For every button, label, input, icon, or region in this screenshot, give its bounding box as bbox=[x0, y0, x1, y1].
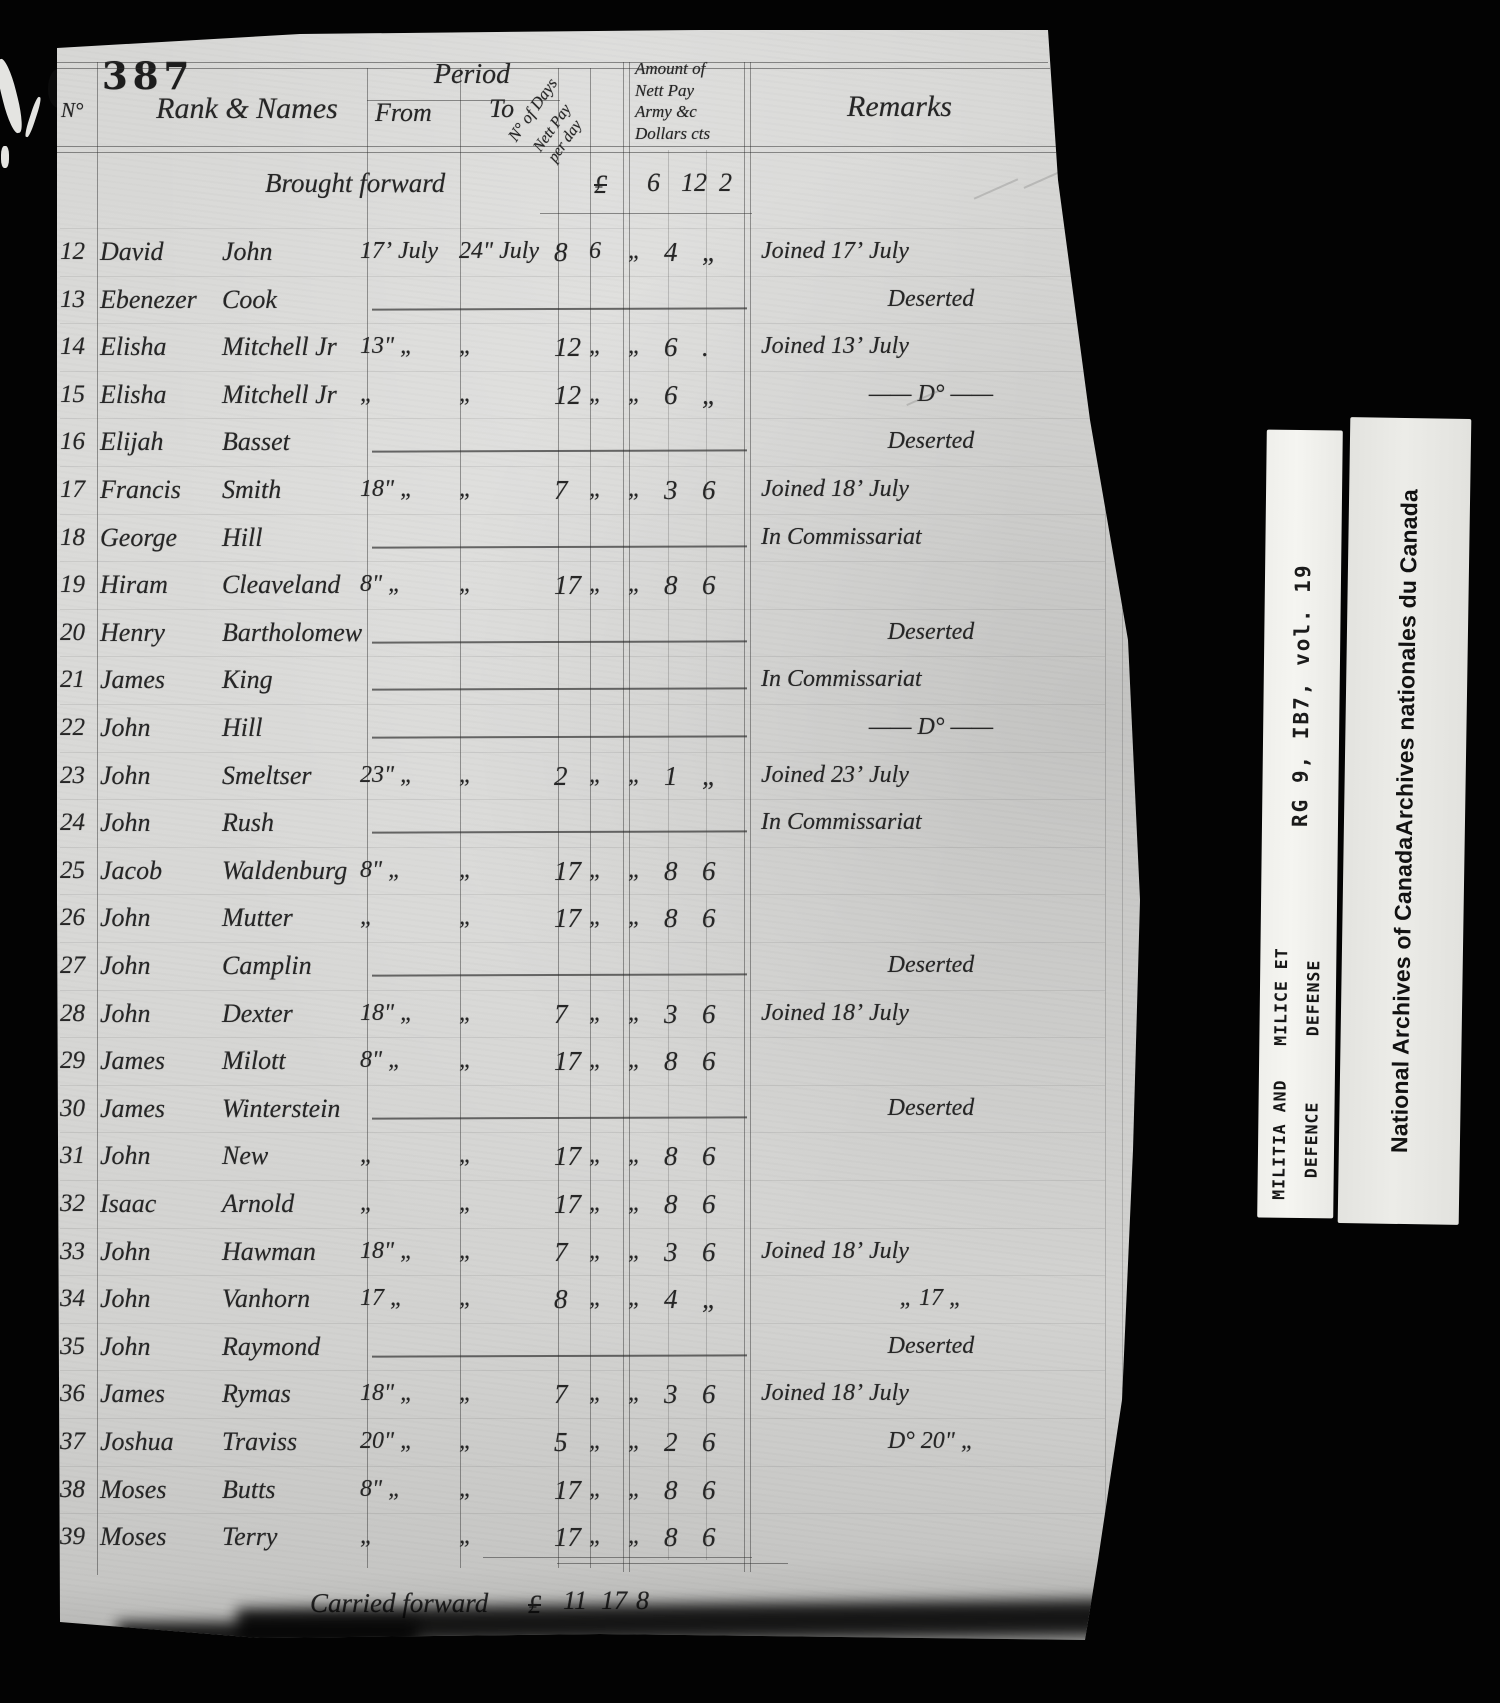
amount-pounds: „ bbox=[628, 1477, 641, 1501]
days-count: 17 bbox=[554, 1524, 581, 1551]
amount-shillings: 2 bbox=[664, 1429, 678, 1456]
row-number: 28 bbox=[60, 1001, 85, 1026]
blank-entry-dash bbox=[372, 831, 747, 834]
remark: Deserted bbox=[755, 620, 1107, 644]
soldier-first-name: George bbox=[100, 525, 177, 551]
soldier-last-name: Butts bbox=[222, 1477, 275, 1503]
archive-reference-strip: RG 9, IB7, vol. 19 MILITIA AND DEFENCE M… bbox=[1257, 430, 1343, 1219]
period-to: „ bbox=[459, 763, 472, 787]
column-header-rank-names: Rank & Names bbox=[127, 94, 367, 124]
remark: Joined 18ʼ July bbox=[755, 477, 1113, 501]
soldier-first-name: John bbox=[100, 905, 151, 931]
amount-pence: 6 bbox=[702, 1191, 716, 1218]
pay-rate: 6 bbox=[589, 239, 601, 263]
soldier-first-name: David bbox=[100, 239, 164, 265]
days-count: 7 bbox=[554, 1239, 568, 1266]
soldier-first-name: Elijah bbox=[100, 429, 164, 455]
amount-pounds: „ bbox=[628, 858, 641, 882]
ledger-row: 24JohnRushIn Commissariat bbox=[57, 804, 1142, 852]
row-number: 24 bbox=[60, 810, 85, 835]
row-number: 32 bbox=[60, 1191, 85, 1216]
blank-entry-dash bbox=[372, 1354, 747, 1357]
ledger-row: 25JacobWaldenburg8ʺ „„17„„86 bbox=[57, 852, 1142, 900]
period-from: 18ʺ „ bbox=[360, 1381, 413, 1405]
soldier-first-name: John bbox=[100, 1286, 151, 1312]
period-to: „ bbox=[459, 1001, 472, 1025]
row-number: 39 bbox=[60, 1524, 85, 1549]
days-count: 5 bbox=[554, 1429, 568, 1456]
amount-pence: „ bbox=[702, 763, 717, 790]
amount-shillings: 8 bbox=[664, 1048, 678, 1075]
period-to: „ bbox=[459, 1048, 472, 1072]
row-number: 25 bbox=[60, 858, 85, 883]
soldier-last-name: John bbox=[222, 239, 273, 265]
period-from: 8ʺ „ bbox=[360, 1477, 401, 1501]
period-from: „ bbox=[360, 382, 373, 406]
period-from: 18ʺ „ bbox=[360, 1001, 413, 1025]
ledger-row: 18GeorgeHillIn Commissariat bbox=[57, 519, 1142, 567]
period-to: „ bbox=[459, 1286, 472, 1310]
pay-rate: „ bbox=[589, 1239, 602, 1263]
soldier-last-name: Hill bbox=[222, 525, 262, 551]
brought-forward-pounds: 6 bbox=[647, 170, 660, 196]
pay-rate: „ bbox=[589, 334, 602, 358]
amount-pence: 6 bbox=[702, 1239, 716, 1266]
ledger-row: 17FrancisSmith18ʺ „„7„„36Joined 18ʼ July bbox=[57, 471, 1142, 519]
period-to: „ bbox=[459, 1429, 472, 1453]
soldier-last-name: New bbox=[222, 1143, 268, 1169]
soldier-last-name: Arnold bbox=[222, 1191, 294, 1217]
days-count: 7 bbox=[554, 1381, 568, 1408]
amount-shillings: 3 bbox=[664, 1381, 678, 1408]
amount-shillings: 3 bbox=[664, 1239, 678, 1266]
soldier-first-name: Hiram bbox=[100, 572, 168, 598]
amount-shillings: 4 bbox=[664, 239, 678, 266]
row-number: 37 bbox=[60, 1429, 85, 1454]
remark: Joined 23ʼ July bbox=[755, 763, 1113, 787]
soldier-last-name: Smith bbox=[222, 477, 281, 503]
soldier-first-name: James bbox=[100, 1048, 165, 1074]
soldier-last-name: Vanhorn bbox=[222, 1286, 310, 1312]
amount-shillings: 8 bbox=[664, 858, 678, 885]
remark: Joined 18ʼ July bbox=[755, 1381, 1113, 1405]
remark: Deserted bbox=[755, 1096, 1107, 1120]
soldier-last-name: Mutter bbox=[222, 905, 293, 931]
row-number: 27 bbox=[60, 953, 85, 978]
amount-shillings: 3 bbox=[664, 477, 678, 504]
row-number: 38 bbox=[60, 1477, 85, 1502]
row-number: 26 bbox=[60, 905, 85, 930]
ledger-row: 31JohnNew„„17„„86 bbox=[57, 1137, 1142, 1185]
ledger-row: 27JohnCamplinDeserted bbox=[57, 947, 1142, 995]
period-to: „ bbox=[459, 1381, 472, 1405]
ledger-row: 13EbenezerCookDeserted bbox=[57, 281, 1142, 329]
soldier-first-name: Elisha bbox=[100, 334, 166, 360]
remark: —— D° —— bbox=[755, 715, 1107, 739]
column-header-to: To bbox=[489, 96, 514, 122]
ledger-row: 22JohnHill—— D° —— bbox=[57, 709, 1142, 757]
ledger-row: 29JamesMilott8ʺ „„17„„86 bbox=[57, 1042, 1142, 1090]
soldier-first-name: John bbox=[100, 1143, 151, 1169]
ledger-row: 14ElishaMitchell Jr13ʺ „„12„„6.Joined 13… bbox=[57, 328, 1142, 376]
amount-pence: 6 bbox=[702, 1001, 716, 1028]
page-curl-shadow bbox=[117, 1622, 417, 1648]
amount-pounds: „ bbox=[628, 334, 641, 358]
institution-strip: National Archives of Canada Archives nat… bbox=[1338, 417, 1472, 1225]
manuscript-page: 387 N° Rank & Names Period From To N° of… bbox=[57, 28, 1142, 1645]
pay-rate: „ bbox=[589, 1524, 602, 1548]
row-number: 36 bbox=[60, 1381, 85, 1406]
ledger-row: 20HenryBartholomewDeserted bbox=[57, 614, 1142, 662]
row-number: 12 bbox=[60, 239, 85, 264]
period-from: 17ʼ July bbox=[360, 239, 438, 263]
row-number: 34 bbox=[60, 1286, 85, 1311]
days-count: 17 bbox=[554, 1048, 581, 1075]
amount-pounds: „ bbox=[628, 1001, 641, 1025]
pay-rate: „ bbox=[589, 1286, 602, 1310]
soldier-first-name: Francis bbox=[100, 477, 181, 503]
ledger-row: 19HiramCleaveland8ʺ „„17„„86 bbox=[57, 566, 1142, 614]
period-to: „ bbox=[459, 477, 472, 501]
soldier-last-name: Cleaveland bbox=[222, 572, 340, 598]
soldier-last-name: Dexter bbox=[222, 1001, 293, 1027]
period-to: 24ʺ July bbox=[459, 239, 539, 263]
days-count: 12 bbox=[554, 382, 581, 409]
soldier-last-name: Winterstein bbox=[222, 1096, 340, 1122]
period-to: „ bbox=[459, 334, 472, 358]
soldier-last-name: Milott bbox=[222, 1048, 286, 1074]
amount-pounds: „ bbox=[628, 1239, 641, 1263]
soldier-last-name: Camplin bbox=[222, 953, 312, 979]
amount-shillings: 8 bbox=[664, 572, 678, 599]
pay-rate: „ bbox=[589, 1429, 602, 1453]
period-to: „ bbox=[459, 1477, 472, 1501]
amount-shillings: 6 bbox=[664, 334, 678, 361]
table-line bbox=[540, 213, 752, 214]
row-number: 29 bbox=[60, 1048, 85, 1073]
soldier-last-name: Mitchell Jr bbox=[222, 382, 337, 408]
ledger-row: 39MosesTerry„„17„„86 bbox=[57, 1518, 1142, 1566]
brought-forward-pence: 2 bbox=[719, 170, 732, 196]
remark: In Commissariat bbox=[755, 810, 1113, 834]
amount-pounds: „ bbox=[628, 1524, 641, 1548]
soldier-last-name: Mitchell Jr bbox=[222, 334, 337, 360]
blank-entry-dash bbox=[372, 450, 747, 453]
amount-pence: „ bbox=[702, 382, 717, 409]
days-count: 17 bbox=[554, 1477, 581, 1504]
pay-rate: „ bbox=[589, 1048, 602, 1072]
amount-pence: 6 bbox=[702, 1524, 716, 1551]
remark: Deserted bbox=[755, 287, 1107, 311]
soldier-first-name: John bbox=[100, 810, 151, 836]
amount-pounds: „ bbox=[628, 1048, 641, 1072]
amount-shillings: 8 bbox=[664, 1477, 678, 1504]
ledger-row: 26JohnMutter„„17„„86 bbox=[57, 899, 1142, 947]
row-number: 30 bbox=[60, 1096, 85, 1121]
row-number: 15 bbox=[60, 382, 85, 407]
amount-shillings: 1 bbox=[664, 763, 678, 790]
pencil-smudge bbox=[974, 178, 1019, 199]
period-to: „ bbox=[459, 1143, 472, 1167]
remark: D° 20ʺ „ bbox=[755, 1429, 1107, 1453]
ledger-row: 30JamesWintersteinDeserted bbox=[57, 1090, 1142, 1138]
remark: Joined 13ʼ July bbox=[755, 334, 1113, 358]
ledger-row: 23JohnSmeltser23ʺ „„2„„1„Joined 23ʼ July bbox=[57, 757, 1142, 805]
period-to: „ bbox=[459, 1191, 472, 1215]
soldier-last-name: King bbox=[222, 667, 273, 693]
remark: Joined 17ʼ July bbox=[755, 239, 1113, 263]
remark: In Commissariat bbox=[755, 667, 1113, 691]
ledger-row: 34JohnVanhorn17 „„8„„4„„ 17 „ bbox=[57, 1280, 1142, 1328]
pay-rate: „ bbox=[589, 1191, 602, 1215]
blank-entry-dash bbox=[372, 307, 747, 310]
days-count: 17 bbox=[554, 572, 581, 599]
amount-pounds: „ bbox=[628, 239, 641, 263]
period-to: „ bbox=[459, 905, 472, 929]
amount-pence: 6 bbox=[702, 1381, 716, 1408]
soldier-last-name: Bartholomew bbox=[222, 620, 362, 646]
row-number: 21 bbox=[60, 667, 85, 692]
period-to: „ bbox=[459, 858, 472, 882]
soldier-first-name: John bbox=[100, 715, 151, 741]
pay-rate: „ bbox=[589, 477, 602, 501]
soldier-first-name: John bbox=[100, 1239, 151, 1265]
pencil-smudge bbox=[1023, 169, 1064, 189]
period-to: „ bbox=[459, 382, 472, 406]
row-number: 33 bbox=[60, 1239, 85, 1264]
soldier-first-name: John bbox=[100, 763, 151, 789]
table-line bbox=[57, 152, 1105, 153]
days-count: 12 bbox=[554, 334, 581, 361]
soldier-first-name: Jacob bbox=[100, 858, 162, 884]
soldier-first-name: John bbox=[100, 1001, 151, 1027]
period-from: 8ʺ „ bbox=[360, 1048, 401, 1072]
archive-reference-label: RG 9, IB7, vol. 19 bbox=[1261, 470, 1342, 921]
period-from: 8ʺ „ bbox=[360, 858, 401, 882]
row-number: 19 bbox=[60, 572, 85, 597]
amount-pounds: „ bbox=[628, 1143, 641, 1167]
amount-pounds: „ bbox=[628, 1191, 641, 1215]
days-count: 8 bbox=[554, 1286, 568, 1313]
period-from: 23ʺ „ bbox=[360, 763, 413, 787]
period-from: „ bbox=[360, 1191, 373, 1215]
period-from: 18ʺ „ bbox=[360, 1239, 413, 1263]
soldier-first-name: James bbox=[100, 1096, 165, 1122]
blank-entry-dash bbox=[372, 688, 747, 691]
ledger-row: 16ElijahBassetDeserted bbox=[57, 423, 1142, 471]
amount-shillings: 6 bbox=[664, 382, 678, 409]
soldier-last-name: Traviss bbox=[222, 1429, 297, 1455]
period-from: „ bbox=[360, 1524, 373, 1548]
row-number: 18 bbox=[60, 525, 85, 550]
column-header-no: N° bbox=[61, 100, 83, 121]
table-line bbox=[57, 146, 1100, 147]
period-to: „ bbox=[459, 572, 472, 596]
ledger-row: 28JohnDexter18ʺ „„7„„36Joined 18ʼ July bbox=[57, 995, 1142, 1043]
amount-pounds: „ bbox=[628, 1429, 641, 1453]
row-number: 23 bbox=[60, 763, 85, 788]
scan-speck bbox=[0, 57, 26, 134]
blank-entry-dash bbox=[372, 545, 747, 548]
days-count: 17 bbox=[554, 1143, 581, 1170]
pay-rate: „ bbox=[589, 858, 602, 882]
amount-pounds: „ bbox=[628, 477, 641, 501]
row-number: 35 bbox=[60, 1334, 85, 1359]
ledger-row: 21JamesKingIn Commissariat bbox=[57, 661, 1142, 709]
blank-entry-dash bbox=[372, 973, 747, 976]
soldier-first-name: John bbox=[100, 1334, 151, 1360]
row-number: 16 bbox=[60, 429, 85, 454]
pay-rate: „ bbox=[589, 382, 602, 406]
soldier-first-name: James bbox=[100, 1381, 165, 1407]
amount-pence: 6 bbox=[702, 477, 716, 504]
ledger-row: 12DavidJohn17ʼ July24ʺ July86„4„Joined 1… bbox=[57, 233, 1142, 281]
soldier-last-name: Rymas bbox=[222, 1381, 291, 1407]
days-count: 2 bbox=[554, 763, 568, 790]
amount-pounds: „ bbox=[628, 763, 641, 787]
amount-pounds: „ bbox=[628, 572, 641, 596]
blank-entry-dash bbox=[372, 640, 747, 643]
amount-pence: 6 bbox=[702, 905, 716, 932]
soldier-first-name: Joshua bbox=[100, 1429, 174, 1455]
column-header-amount: Amount of Nett Pay Army &c Dollars cts bbox=[635, 58, 749, 144]
soldier-last-name: Raymond bbox=[222, 1334, 320, 1360]
soldier-last-name: Hill bbox=[222, 715, 262, 741]
remark: Joined 18ʼ July bbox=[755, 1001, 1113, 1025]
amount-pence: . bbox=[702, 334, 709, 361]
remark: Joined 18ʼ July bbox=[755, 1239, 1113, 1263]
amount-pence: 6 bbox=[702, 572, 716, 599]
pay-rate: „ bbox=[589, 1381, 602, 1405]
soldier-last-name: Hawman bbox=[222, 1239, 316, 1265]
period-from: 17 „ bbox=[360, 1286, 403, 1310]
scan-speck bbox=[24, 96, 43, 138]
amount-shillings: 3 bbox=[664, 1001, 678, 1028]
amount-shillings: 8 bbox=[664, 1524, 678, 1551]
pay-rate: „ bbox=[589, 905, 602, 929]
soldier-first-name: Henry bbox=[100, 620, 165, 646]
ledger-row: 32IsaacArnold„„17„„86 bbox=[57, 1185, 1142, 1233]
period-from: „ bbox=[360, 1143, 373, 1167]
days-count: 7 bbox=[554, 477, 568, 504]
pay-rate: „ bbox=[589, 763, 602, 787]
scanned-document: 387 N° Rank & Names Period From To N° of… bbox=[0, 0, 1500, 1703]
soldier-first-name: James bbox=[100, 667, 165, 693]
ledger-row: 35JohnRaymondDeserted bbox=[57, 1328, 1142, 1376]
ledger-row: 37JoshuaTraviss20ʺ „„5„„26D° 20ʺ „ bbox=[57, 1423, 1142, 1471]
amount-pence: 6 bbox=[702, 1143, 716, 1170]
pay-rate: „ bbox=[589, 1477, 602, 1501]
amount-pounds: „ bbox=[628, 1381, 641, 1405]
row-number: 13 bbox=[60, 287, 85, 312]
days-count: 8 bbox=[554, 239, 568, 266]
soldier-first-name: John bbox=[100, 953, 151, 979]
days-count: 17 bbox=[554, 858, 581, 885]
soldier-first-name: Elisha bbox=[100, 382, 166, 408]
soldier-last-name: Smeltser bbox=[222, 763, 312, 789]
period-from: 8ʺ „ bbox=[360, 572, 401, 596]
days-count: 17 bbox=[554, 1191, 581, 1218]
soldier-last-name: Basset bbox=[222, 429, 290, 455]
soldier-last-name: Waldenburg bbox=[222, 858, 347, 884]
pay-rate: „ bbox=[589, 1143, 602, 1167]
ledger-row: 36JamesRymas18ʺ „„7„„36Joined 18ʼ July bbox=[57, 1375, 1142, 1423]
days-count: 7 bbox=[554, 1001, 568, 1028]
amount-pence: 6 bbox=[702, 858, 716, 885]
row-number: 22 bbox=[60, 715, 85, 740]
period-from: 18ʺ „ bbox=[360, 477, 413, 501]
amount-shillings: 8 bbox=[664, 905, 678, 932]
soldier-first-name: Moses bbox=[100, 1524, 166, 1550]
remark: In Commissariat bbox=[755, 525, 1113, 549]
amount-shillings: 8 bbox=[664, 1191, 678, 1218]
period-to: „ bbox=[459, 1524, 472, 1548]
scan-speck bbox=[1, 146, 9, 168]
amount-pence: 6 bbox=[702, 1048, 716, 1075]
period-from: 20ʺ „ bbox=[360, 1429, 413, 1453]
amount-pence: 6 bbox=[702, 1429, 716, 1456]
row-number: 20 bbox=[60, 620, 85, 645]
ledger-row: 38MosesButts8ʺ „„17„„86 bbox=[57, 1471, 1142, 1519]
amount-pence: „ bbox=[702, 239, 717, 266]
amount-shillings: 8 bbox=[664, 1143, 678, 1170]
period-from: 13ʺ „ bbox=[360, 334, 413, 358]
soldier-last-name: Cook bbox=[222, 287, 277, 313]
days-count: 17 bbox=[554, 905, 581, 932]
row-number: 31 bbox=[60, 1143, 85, 1168]
column-header-from: From bbox=[375, 100, 432, 126]
amount-shillings: 4 bbox=[664, 1286, 678, 1313]
page-number: 387 bbox=[102, 58, 194, 95]
faint-ruling bbox=[60, 228, 1105, 229]
amount-pounds: „ bbox=[628, 905, 641, 929]
amount-pence: 6 bbox=[702, 1477, 716, 1504]
blank-entry-dash bbox=[372, 735, 747, 738]
soldier-first-name: Ebenezer bbox=[100, 287, 197, 313]
row-number: 17 bbox=[60, 477, 85, 502]
remark: „ 17 „ bbox=[755, 1286, 1107, 1310]
column-header-remarks: Remarks bbox=[847, 92, 952, 122]
blank-entry-dash bbox=[372, 1116, 747, 1119]
soldier-first-name: Moses bbox=[100, 1477, 166, 1503]
remark: Deserted bbox=[755, 429, 1107, 453]
amount-pence: „ bbox=[702, 1286, 717, 1313]
soldier-first-name: Isaac bbox=[100, 1191, 156, 1217]
ledger-row: 33JohnHawman18ʺ „„7„„36Joined 18ʼ July bbox=[57, 1233, 1142, 1281]
remark: Deserted bbox=[755, 953, 1107, 977]
collection-title-label: MILITIA AND DEFENCE MILICE ET DEFENSE bbox=[1257, 930, 1336, 1216]
period-from: „ bbox=[360, 905, 373, 929]
remark: Deserted bbox=[755, 1334, 1107, 1358]
brought-forward-currency: ₤ bbox=[594, 172, 607, 198]
ledger-row: 15ElishaMitchell Jr„„12„„6„—— D° —— bbox=[57, 376, 1142, 424]
row-number: 14 bbox=[60, 334, 85, 359]
institution-label: National Archives of Canada Archives nat… bbox=[1338, 417, 1472, 1225]
period-to: „ bbox=[459, 1239, 472, 1263]
pay-rate: „ bbox=[589, 1001, 602, 1025]
soldier-last-name: Rush bbox=[222, 810, 274, 836]
brought-forward-shillings: 12 bbox=[681, 170, 707, 196]
amount-pounds: „ bbox=[628, 382, 641, 406]
pay-rate: „ bbox=[589, 572, 602, 596]
brought-forward-label: Brought forward bbox=[265, 170, 445, 197]
soldier-last-name: Terry bbox=[222, 1524, 277, 1550]
amount-pounds: „ bbox=[628, 1286, 641, 1310]
